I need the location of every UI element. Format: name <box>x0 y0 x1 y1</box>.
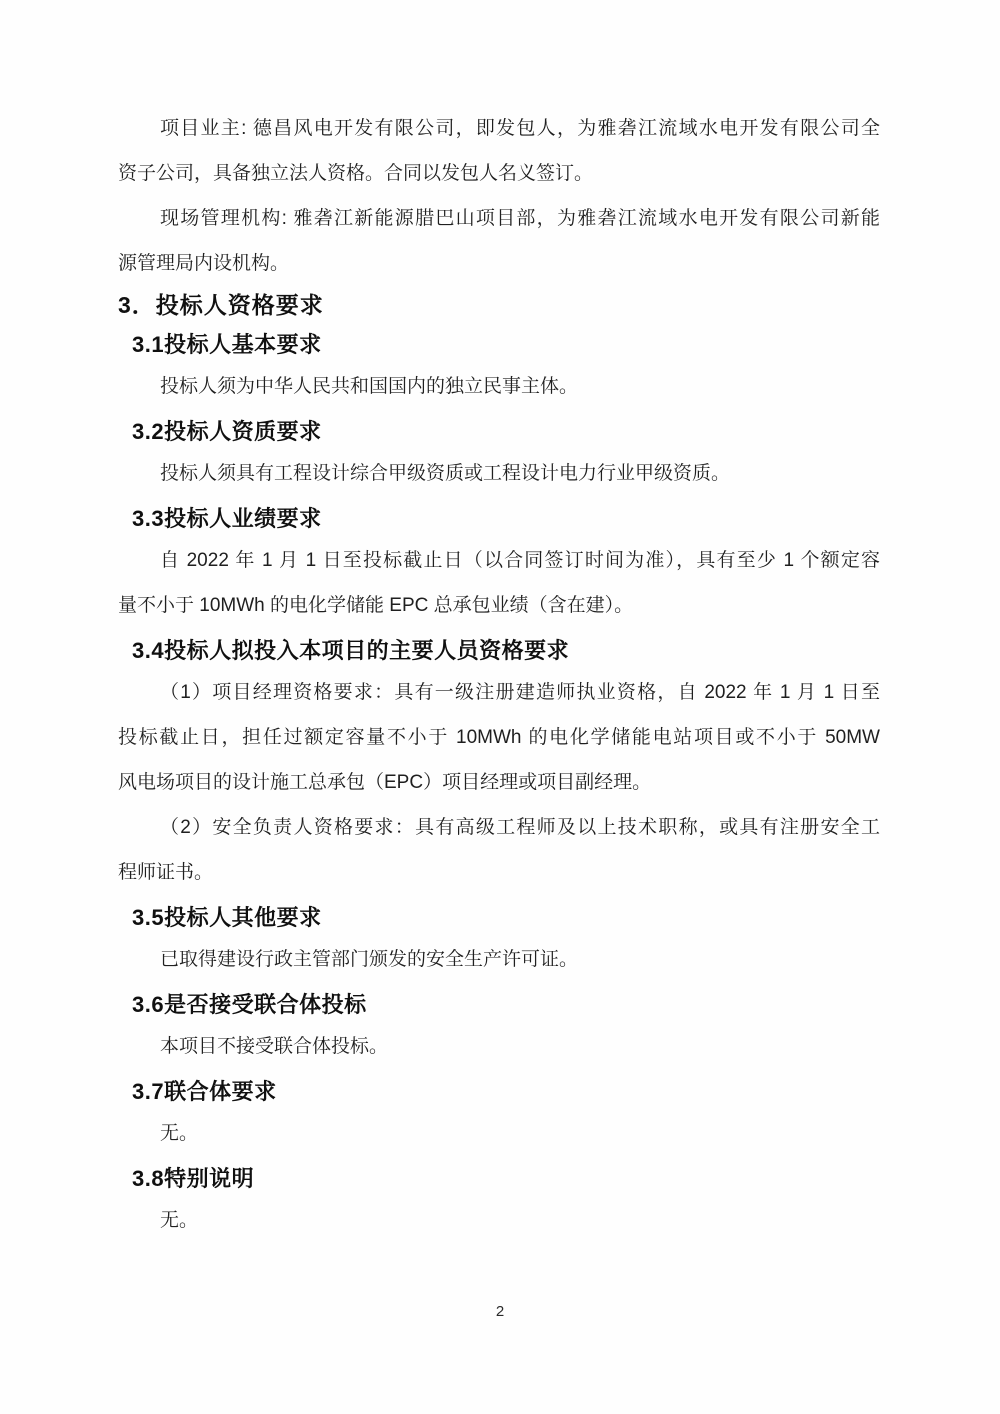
sub-heading: 3.5投标人其他要求 <box>118 901 880 935</box>
paragraph-line: 风电场项目的设计施工总承包（EPC）项目经理或项目副经理。 <box>118 760 880 805</box>
paragraph-line: 资子公司，具备独立法人资格。合同以发包人名义签订。 <box>118 151 880 196</box>
paragraph: 项目业主: 德昌风电开发有限公司，即发包人，为雅砻江流域水电开发有限公司全资子公… <box>118 106 880 196</box>
sub-heading: 3.2投标人资质要求 <box>118 415 880 449</box>
paragraph-line: 无。 <box>118 1198 880 1243</box>
paragraph: 无。 <box>118 1198 880 1243</box>
paragraph-line: 源管理局内设机构。 <box>118 241 880 286</box>
paragraph: （1）项目经理资格要求：具有一级注册建造师执业资格，自 2022 年 1 月 1… <box>118 670 880 805</box>
document-page: 项目业主: 德昌风电开发有限公司，即发包人，为雅砻江流域水电开发有限公司全资子公… <box>0 0 1000 1414</box>
paragraph: 本项目不接受联合体投标。 <box>118 1024 880 1069</box>
sub-heading: 3.3投标人业绩要求 <box>118 502 880 536</box>
paragraph-line: 无。 <box>118 1111 880 1156</box>
paragraph: 已取得建设行政主管部门颁发的安全生产许可证。 <box>118 937 880 982</box>
paragraph: 投标人须具有工程设计综合甲级资质或工程设计电力行业甲级资质。 <box>118 451 880 496</box>
paragraph: 现场管理机构: 雅砻江新能源腊巴山项目部，为雅砻江流域水电开发有限公司新能源管理… <box>118 196 880 286</box>
paragraph: 无。 <box>118 1111 880 1156</box>
sub-heading: 3.8特别说明 <box>118 1162 880 1196</box>
sub-heading: 3.1投标人基本要求 <box>118 328 880 362</box>
paragraph-line: 量不小于 10MWh 的电化学储能 EPC 总承包业绩（含在建）。 <box>118 583 880 628</box>
sub-heading: 3.6是否接受联合体投标 <box>118 988 880 1022</box>
page-number: 2 <box>0 1302 1000 1322</box>
paragraph-line: 程师证书。 <box>118 850 880 895</box>
paragraph-line: 现场管理机构: 雅砻江新能源腊巴山项目部，为雅砻江流域水电开发有限公司新能 <box>118 196 880 241</box>
paragraph-line: 项目业主: 德昌风电开发有限公司，即发包人，为雅砻江流域水电开发有限公司全 <box>118 106 880 151</box>
paragraph-line: 本项目不接受联合体投标。 <box>118 1024 880 1069</box>
sub-heading: 3.4投标人拟投入本项目的主要人员资格要求 <box>118 634 880 668</box>
paragraph: （2）安全负责人资格要求：具有高级工程师及以上技术职称，或具有注册安全工程师证书… <box>118 805 880 895</box>
paragraph: 自 2022 年 1 月 1 日至投标截止日（以合同签订时间为准），具有至少 1… <box>118 538 880 628</box>
paragraph-line: 投标截止日，担任过额定容量不小于 10MWh 的电化学储能电站项目或不小于 50… <box>118 715 880 760</box>
document-body: 项目业主: 德昌风电开发有限公司，即发包人，为雅砻江流域水电开发有限公司全资子公… <box>118 106 880 1243</box>
paragraph-line: （1）项目经理资格要求：具有一级注册建造师执业资格，自 2022 年 1 月 1… <box>118 670 880 715</box>
sub-heading: 3.7联合体要求 <box>118 1075 880 1109</box>
paragraph-line: 自 2022 年 1 月 1 日至投标截止日（以合同签订时间为准），具有至少 1… <box>118 538 880 583</box>
paragraph-line: 已取得建设行政主管部门颁发的安全生产许可证。 <box>118 937 880 982</box>
paragraph-line: 投标人须为中华人民共和国国内的独立民事主体。 <box>118 364 880 409</box>
paragraph: 投标人须为中华人民共和国国内的独立民事主体。 <box>118 364 880 409</box>
paragraph-line: （2）安全负责人资格要求：具有高级工程师及以上技术职称，或具有注册安全工 <box>118 805 880 850</box>
paragraph-line: 投标人须具有工程设计综合甲级资质或工程设计电力行业甲级资质。 <box>118 451 880 496</box>
section-heading: 3．投标人资格要求 <box>118 288 880 322</box>
